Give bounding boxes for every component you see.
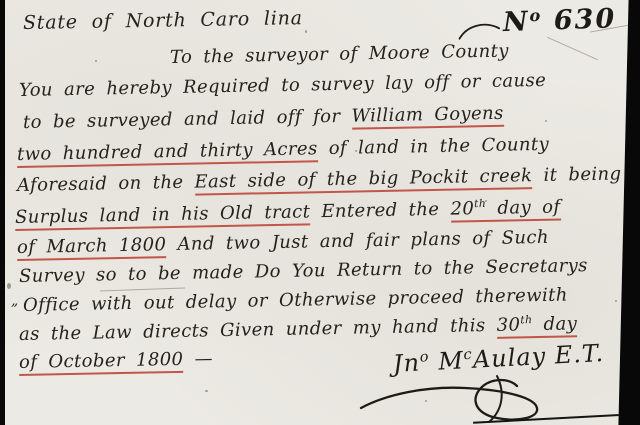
document-line: Office with out delay or Otherwise proce… [23,285,568,316]
faint-pencil-stroke [100,288,185,292]
paper-speckle [205,390,208,392]
document-line: of March 1800 And two Just and fair plan… [17,227,549,258]
number-value: 630 [553,3,616,36]
text-run: of land in the County [317,134,549,159]
text-run: Survey so to be made Do You Return to th… [19,255,588,287]
faint-pencil-stroke [547,37,598,60]
paper-speckle [545,120,547,122]
red-underlined-phrase: Surplus land in his Old tract [15,201,311,231]
red-underlined-phrase: two hundred and thirty Acres [17,138,318,168]
text-run: Office with out delay or Otherwise proce… [23,285,568,316]
number-prefix: N [502,6,530,38]
document-line: Survey so to be made Do You Return to th… [19,255,588,287]
text-run: — [183,348,213,370]
paper-speckle [305,30,307,33]
signature-flourish [357,372,567,424]
document-line: to be surveyed and laid off for William … [23,103,504,133]
text-run: to be surveyed and laid off for [23,106,352,133]
text-run: Entered the [310,199,451,223]
red-underlined-phrase: East side of the big Pockit creek [194,165,532,195]
text-run: it being [532,163,621,186]
number-ordinal: o [529,6,542,25]
red-underlined-phrase: of March 1800 [17,234,167,261]
red-underlined-phrase: of October 1800 [19,349,184,376]
red-underlined-phrase: William Goyens [351,103,504,130]
text-run: You are hereby Required to survey lay of… [19,70,547,101]
text-run: And two Just and fair plans of Such [166,227,549,255]
paper-speckle [615,300,617,302]
scanned-document: State of North Caro lina No 630 To the s… [0,0,640,425]
text-run: Aforesaid on the [17,172,195,196]
document-line: Surplus land in his Old tract Entered th… [15,196,561,228]
text-run: To the surveyor of Moore County [170,40,509,68]
paper-sheet: State of North Caro lina No 630 To the s… [5,0,640,425]
margin-mark: „ [11,293,18,309]
document-line: Aforesaid on the East side of the big Po… [17,163,622,196]
red-underlined-phrase: 20th day of [450,197,560,223]
document-line: as the Law directs Given under my hand t… [19,312,578,345]
document-line: two hundred and thirty Acres of land in … [17,134,550,165]
text-run: as the Law directs Given under my hand t… [19,315,497,345]
paper-speckle [95,60,97,62]
number-swash-icon [457,17,502,43]
document-line: To the surveyor of Moore County [170,40,509,68]
document-line: You are hereby Required to survey lay of… [19,70,547,101]
state-title: State of North Caro lina [23,7,303,34]
document-line: of October 1800 — [19,348,213,373]
document-number: No 630 [456,3,616,43]
red-underlined-phrase: 30th day [496,313,577,339]
paper-speckle [7,283,11,289]
